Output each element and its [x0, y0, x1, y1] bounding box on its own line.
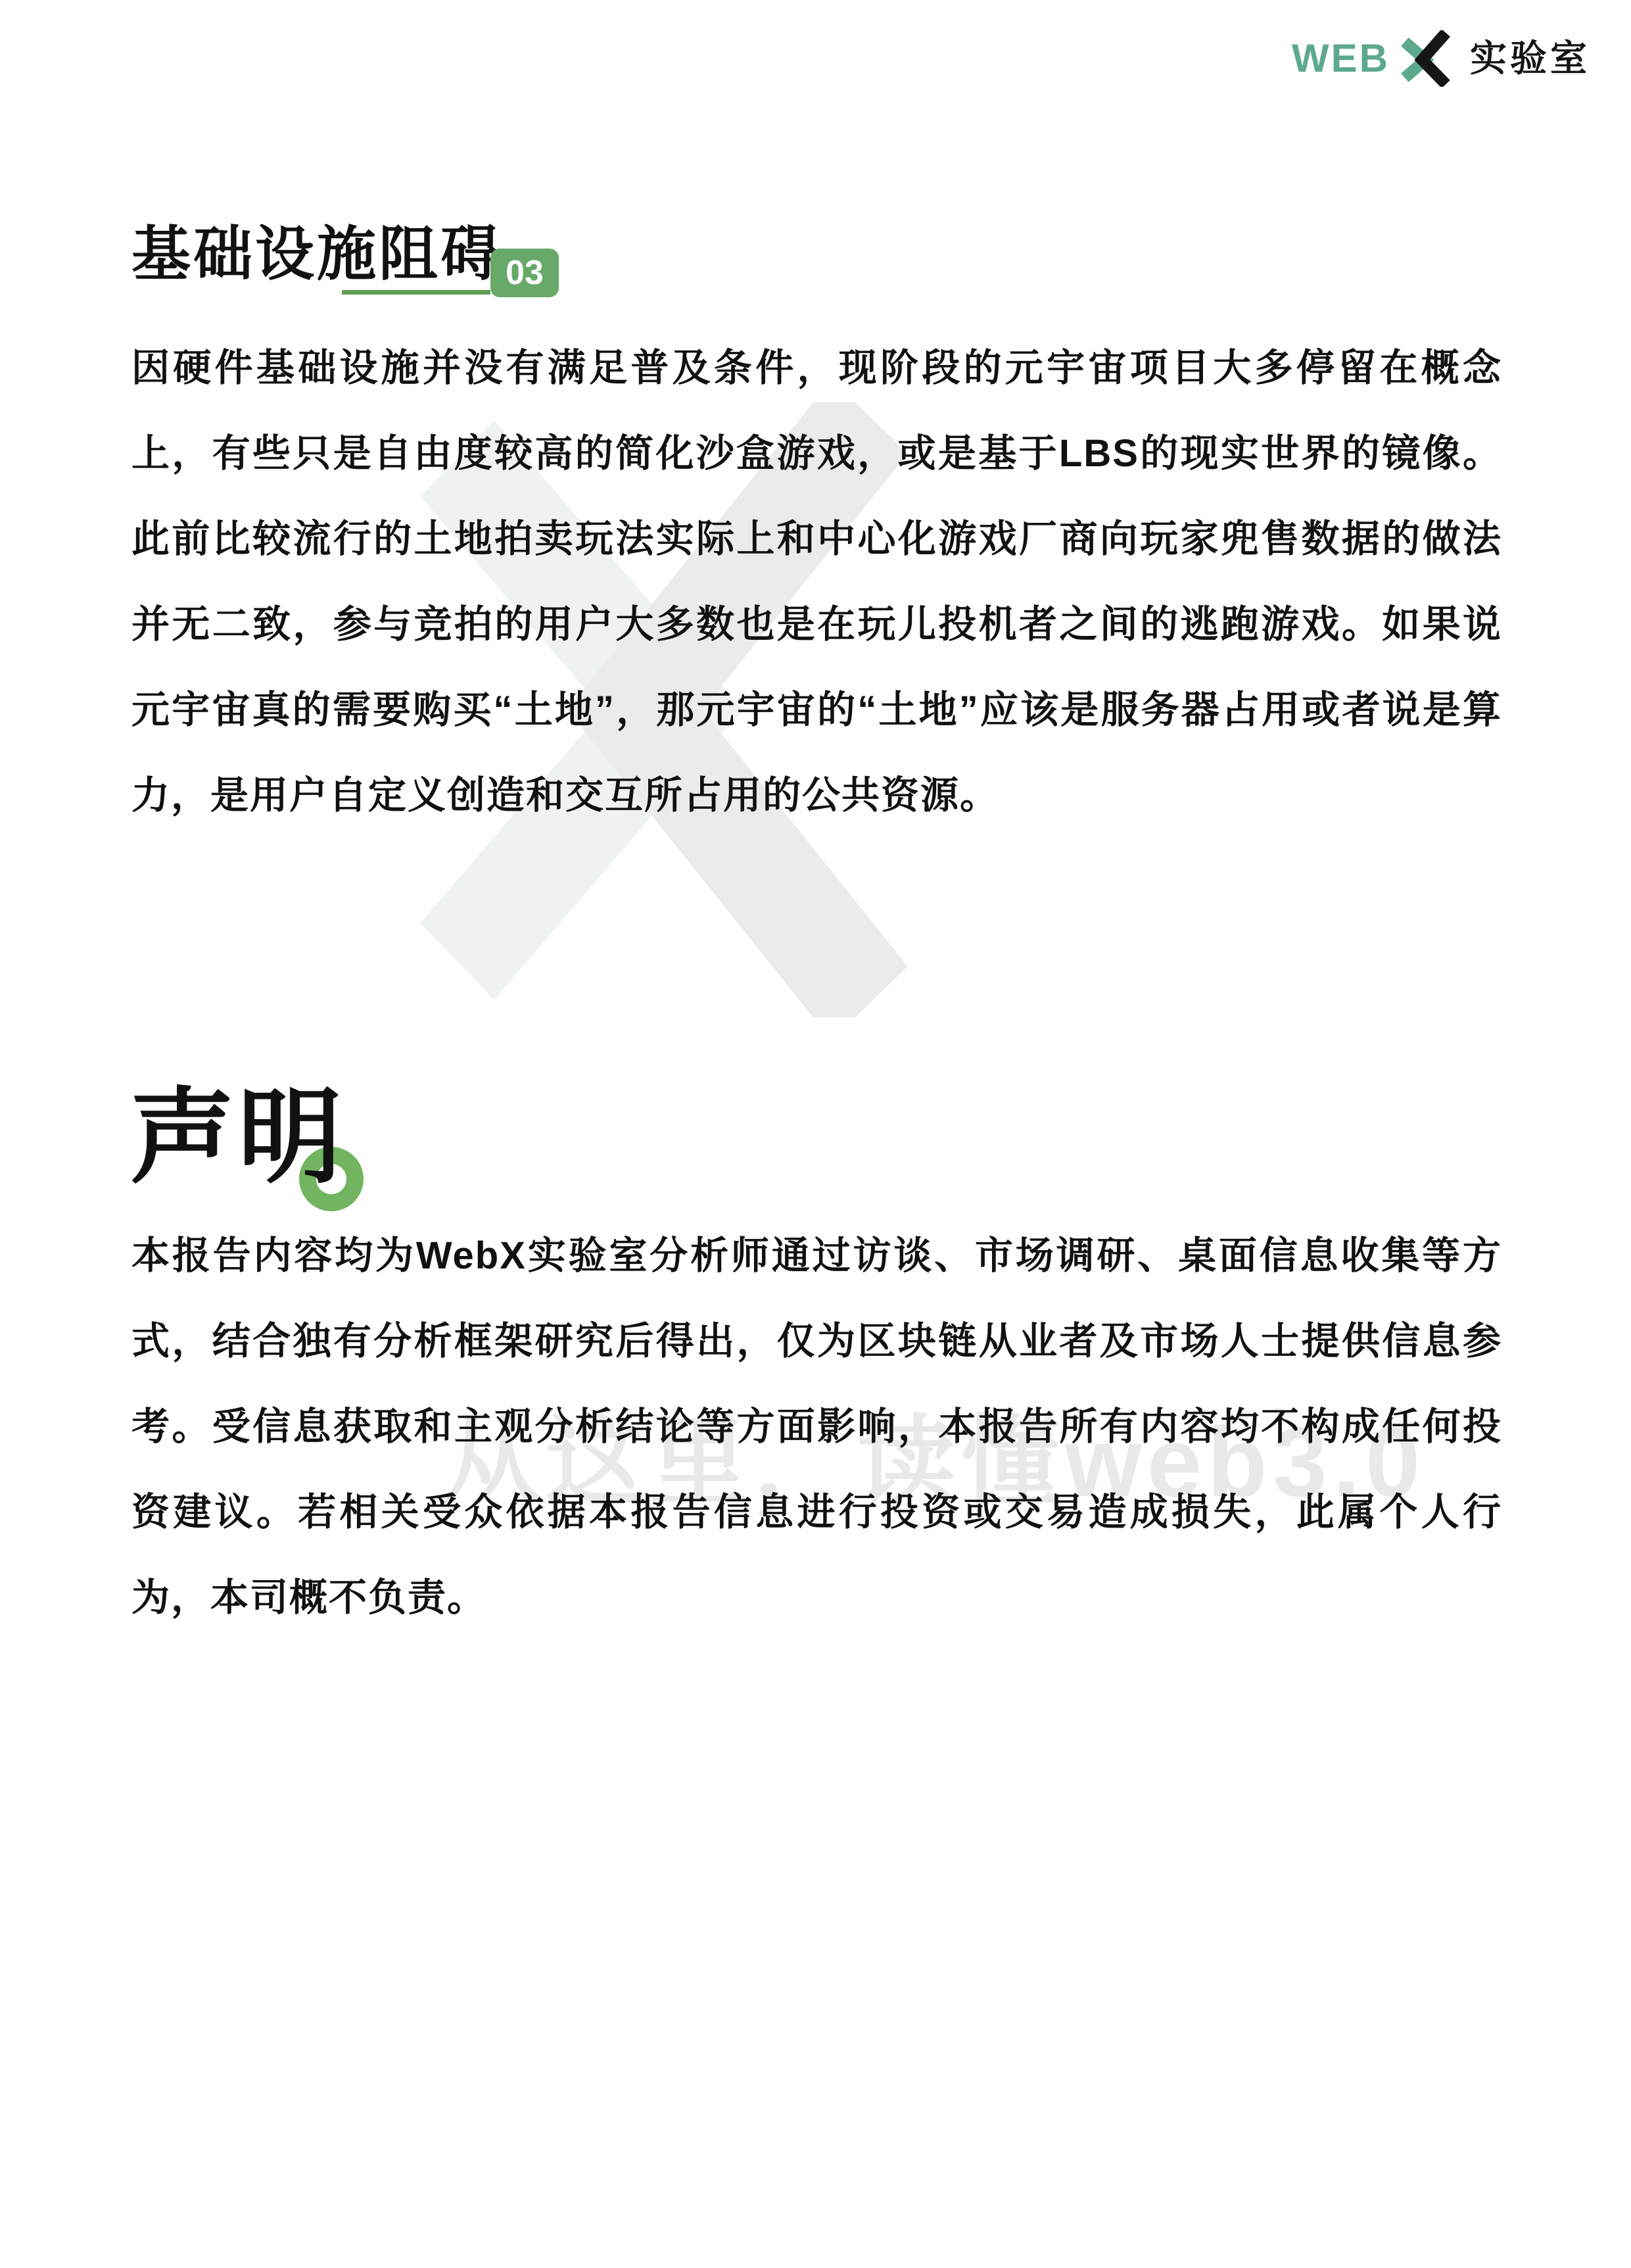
title-underline — [342, 290, 490, 295]
section-number-badge: 03 — [490, 249, 559, 297]
infrastructure-paragraph: 因硬件基础设施并没有满足普及条件，现阶段的元宇宙项目大多停留在概念上，有些只是自… — [131, 326, 1502, 838]
section-title-statement: 声明 — [130, 1084, 346, 1193]
logo-black-chevron — [1422, 33, 1446, 84]
disclaimer-paragraph: 本报告内容均为WebX实验室分析师通过访谈、市场调研、桌面信息收集等方式，结合独… — [131, 1213, 1502, 1641]
section-title-infrastructure: 基础设施阻碍 — [131, 222, 502, 287]
x-logo-icon — [1399, 30, 1461, 87]
logo-lab-text: 实验室 — [1470, 40, 1590, 77]
webx-lab-logo: WEB 实验室 — [1292, 30, 1590, 87]
logo-web-text: WEB — [1292, 39, 1390, 78]
report-page: 从这里，读懂web3.0 WEB 实验室 基础设施阻碍 03 因硬件基础设施并没… — [0, 0, 1631, 2268]
